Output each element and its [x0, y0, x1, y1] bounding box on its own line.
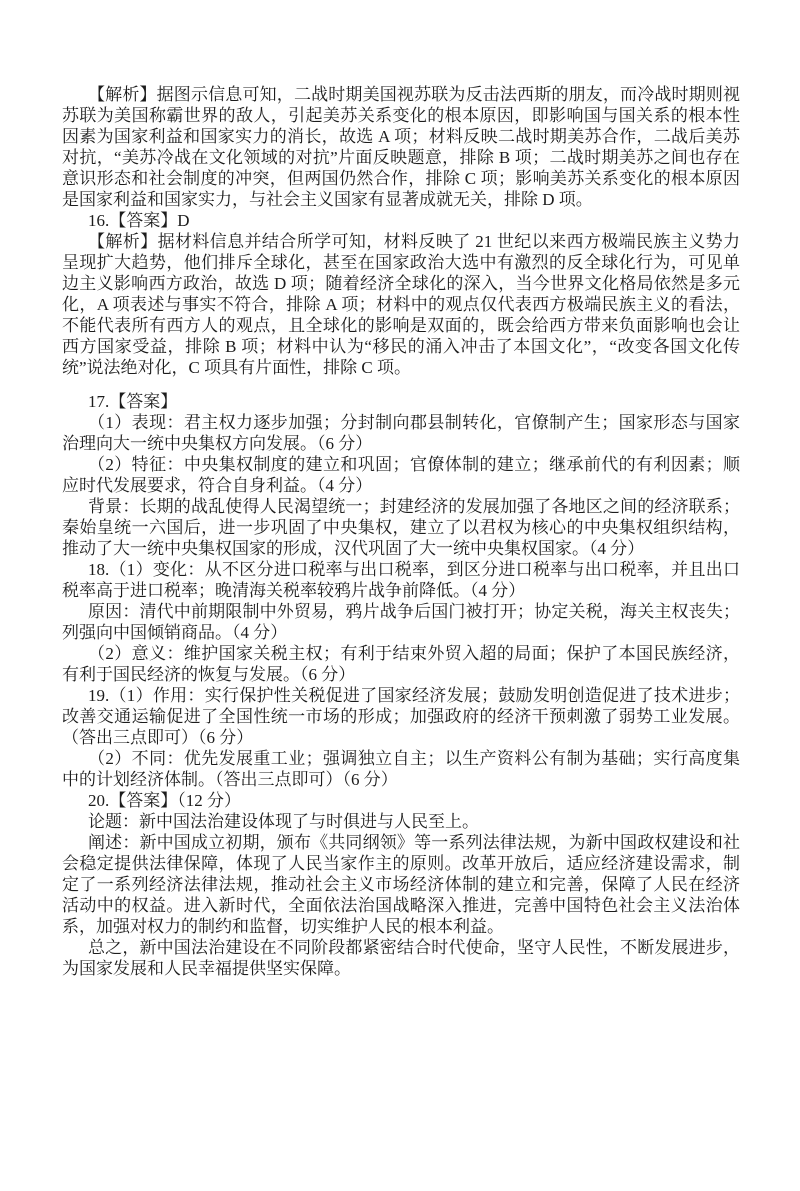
- paragraph-q20-thesis: 论题：新中国法治建设体现了与时俱进与人民至上。: [62, 811, 740, 832]
- paragraph-q18-part2: （2）意义：维护国家关税主权；有利于结束外贸入超的局面；保护了本国民族经济，有利…: [62, 643, 740, 685]
- paragraph-q17-part1: （1）表现：君主权力逐步加强；分封制向郡县制转化，官僚制产生；国家形态与国家治理…: [62, 412, 740, 454]
- paragraph-q20-conclusion: 总之，新中国法治建设在不同阶段都紧密结合时代使命，坚守人民性，不断发展进步，为国…: [62, 937, 740, 979]
- paragraph-q19-part1: 19.（1）作用：实行保护性关税促进了国家经济发展；鼓励发明创造促进了技术进步；…: [62, 685, 740, 748]
- paragraph-answer-q20-heading: 20.【答案】（12 分）: [62, 790, 740, 811]
- answer-key-text-block: 【解析】据图示信息可知，二战时期美国视苏联为反击法西斯的朋友，而冷战时期则视苏联…: [62, 84, 740, 979]
- paragraph-q18-part1: 18.（1）变化：从不区分进口税率与出口税率，到区分进口税率与出口税率，并且出口…: [62, 559, 740, 601]
- answer-key-page: 【解析】据图示信息可知，二战时期美国视苏联为反击法西斯的朋友，而冷战时期则视苏联…: [0, 0, 800, 1191]
- paragraph-q19-part2: （2）不同：优先发展重工业；强调独立自主；以生产资料公有制为基础；实行高度集中的…: [62, 748, 740, 790]
- paragraph-analysis-q16: 【解析】据材料信息并结合所学可知，材料反映了 21 世纪以来西方极端民族主义势力…: [62, 231, 740, 378]
- paragraph-answer-q16: 16.【答案】D: [62, 210, 740, 231]
- paragraph-answer-q17-heading: 17.【答案】: [62, 391, 740, 412]
- paragraph-q20-exposition: 阐述：新中国成立初期，颁布《共同纲领》等一系列法律法规，为新中国政权建设和社会稳…: [62, 832, 740, 937]
- paragraph-q17-background: 背景：长期的战乱使得人民渴望统一；封建经济的发展加强了各地区之间的经济联系；秦始…: [62, 496, 740, 559]
- paragraph-analysis-q15: 【解析】据图示信息可知，二战时期美国视苏联为反击法西斯的朋友，而冷战时期则视苏联…: [62, 84, 740, 210]
- paragraph-q17-part2: （2）特征：中央集权制度的建立和巩固；官僚体制的建立；继承前代的有利因素；顺应时…: [62, 454, 740, 496]
- paragraph-q18-reasons: 原因：清代中前期限制中外贸易，鸦片战争后国门被打开；协定关税，海关主权丧失；列强…: [62, 601, 740, 643]
